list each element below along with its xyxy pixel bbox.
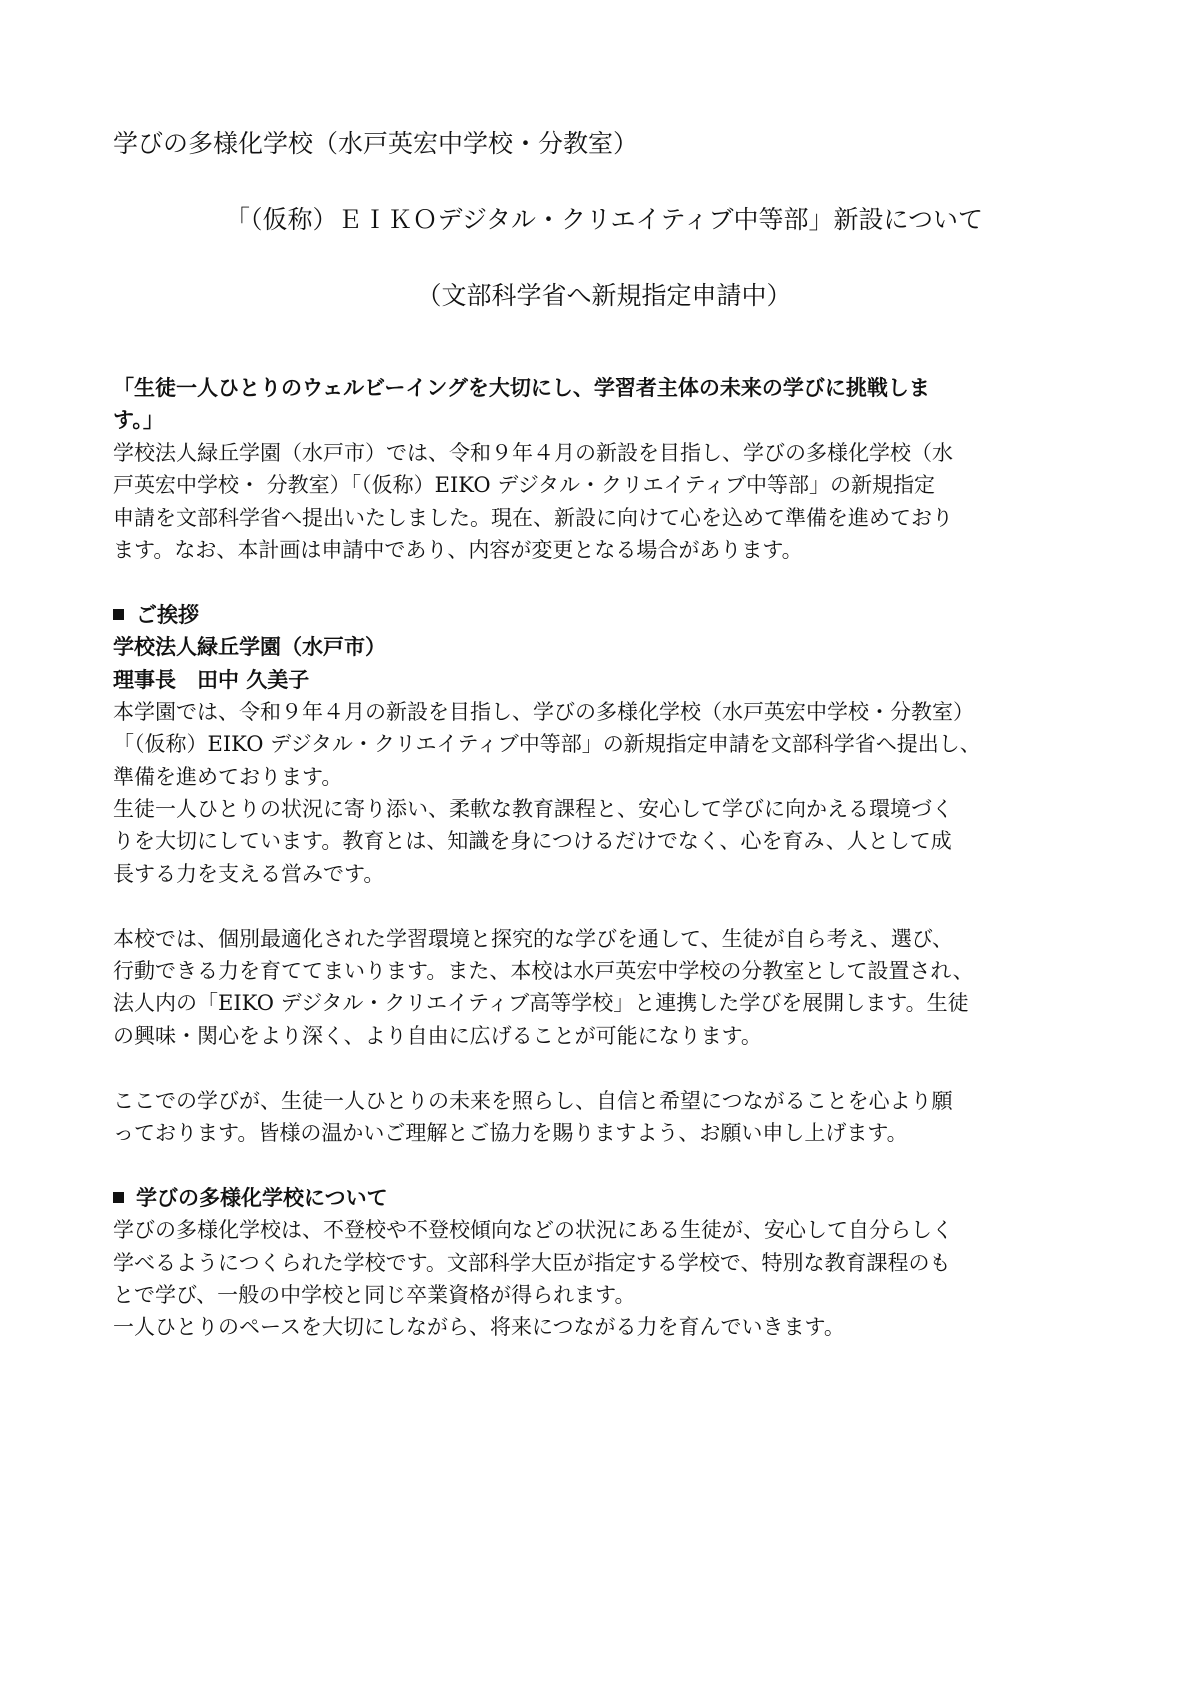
square-bullet-icon	[113, 609, 124, 620]
tagline-line: 「生徒一人ひとりのウェルビーイングを大切にし、学習者主体の未来の学びに挑戦しま	[113, 372, 1095, 404]
section-heading-text: 学びの多様化学校について	[136, 1185, 388, 1210]
paragraph-line: 本学園では、令和９年４月の新設を目指し、学びの多様化学校（水戸英宏中学校・分教室…	[113, 696, 1095, 728]
spacer	[113, 1149, 1095, 1181]
paragraph-line: 生徒一人ひとりの状況に寄り添い、柔軟な教育課程と、安心して学びに向かえる環境づく	[113, 793, 1095, 825]
greeting-paragraph-1: 本学園では、令和９年４月の新設を目指し、学びの多様化学校（水戸英宏中学校・分教室…	[113, 696, 1095, 890]
paragraph-line: 学びの多様化学校は、不登校や不登校傾向などの状況にある生徒が、安心して自分らしく	[113, 1214, 1095, 1246]
paragraph-line: りを大切にしています。教育とは、知識を身につけるだけでなく、心を育み、人として成	[113, 825, 1095, 857]
title-application-status: （文部科学省へ新規指定申請中）	[113, 278, 1095, 314]
organization-name: 学校法人緑丘学園（水戸市）	[113, 631, 1095, 663]
greeting-paragraph-2: 本校では、個別最適化された学習環境と探究的な学びを通して、生徒が自ら考え、選び、…	[113, 923, 1095, 1053]
paragraph-line: 申請を文部科学省へ提出いたしました。現在、新設に向けて心を込めて準備を進めており	[113, 502, 1095, 534]
tagline-line: す。」	[113, 404, 1095, 436]
spacer	[113, 566, 1095, 598]
paragraph-line: 一人ひとりのペースを大切にしながら、将来につながる力を育んでいきます。	[113, 1311, 1095, 1343]
title-school-name: 学びの多様化学校（水戸英宏中学校・分教室）	[113, 126, 638, 162]
square-bullet-icon	[113, 1192, 124, 1203]
title-announcement: 「（仮称）ＥＩＫＯデジタル・クリエイティブ中等部」新設について	[113, 202, 1095, 238]
signatory-name: 理事長 田中 久美子	[113, 664, 1095, 696]
paragraph-line: ここでの学びが、生徒一人ひとりの未来を照らし、自信と希望につながることを心より願	[113, 1085, 1095, 1117]
paragraph-line: ます。なお、本計画は申請中であり、内容が変更となる場合があります。	[113, 534, 1095, 566]
paragraph-line: 学べるようにつくられた学校です。文部科学大臣が指定する学校で、特別な教育課程のも	[113, 1247, 1095, 1279]
greeting-paragraph-3: ここでの学びが、生徒一人ひとりの未来を照らし、自信と希望につながることを心より願…	[113, 1085, 1095, 1150]
paragraph-line: の興味・関心をより深く、より自由に広げることが可能になります。	[113, 1020, 1095, 1052]
paragraph-line: っております。皆様の温かいご理解とご協力を賜りますよう、お願い申し上げます。	[113, 1117, 1095, 1149]
paragraph-line: 法人内の「EIKO デジタル・クリエイティブ高等学校」と連携した学びを展開します…	[113, 987, 1095, 1019]
paragraph-line: 長する力を支える営みです。	[113, 858, 1095, 890]
paragraph-line: 戸英宏中学校・ 分教室）「（仮称）EIKO デジタル・クリエイティブ中等部」の新…	[113, 469, 1095, 501]
intro-tagline: 「生徒一人ひとりのウェルビーイングを大切にし、学習者主体の未来の学びに挑戦しま …	[113, 372, 1095, 437]
section-heading-text: ご挨拶	[136, 602, 199, 627]
about-paragraph: 学びの多様化学校は、不登校や不登校傾向などの状況にある生徒が、安心して自分らしく…	[113, 1214, 1095, 1344]
paragraph-line: 本校では、個別最適化された学習環境と探究的な学びを通して、生徒が自ら考え、選び、	[113, 923, 1095, 955]
spacer	[113, 1052, 1095, 1084]
paragraph-line: とで学び、一般の中学校と同じ卒業資格が得られます。	[113, 1279, 1095, 1311]
paragraph-line: 準備を進めております。	[113, 761, 1095, 793]
section-heading-about: 学びの多様化学校について	[113, 1182, 1095, 1214]
paragraph-line: 「（仮称）EIKO デジタル・クリエイティブ中等部」の新規指定申請を文部科学省へ…	[113, 728, 1095, 760]
paragraph-line: 行動できる力を育ててまいります。また、本校は水戸英宏中学校の分教室として設置され…	[113, 955, 1095, 987]
spacer	[113, 890, 1095, 922]
intro-paragraph: 学校法人緑丘学園（水戸市）では、令和９年４月の新設を目指し、学びの多様化学校（水…	[113, 437, 1095, 567]
document-body: 「生徒一人ひとりのウェルビーイングを大切にし、学習者主体の未来の学びに挑戦しま …	[113, 372, 1095, 1344]
paragraph-line: 学校法人緑丘学園（水戸市）では、令和９年４月の新設を目指し、学びの多様化学校（水	[113, 437, 1095, 469]
section-heading-greeting: ご挨拶	[113, 599, 1095, 631]
